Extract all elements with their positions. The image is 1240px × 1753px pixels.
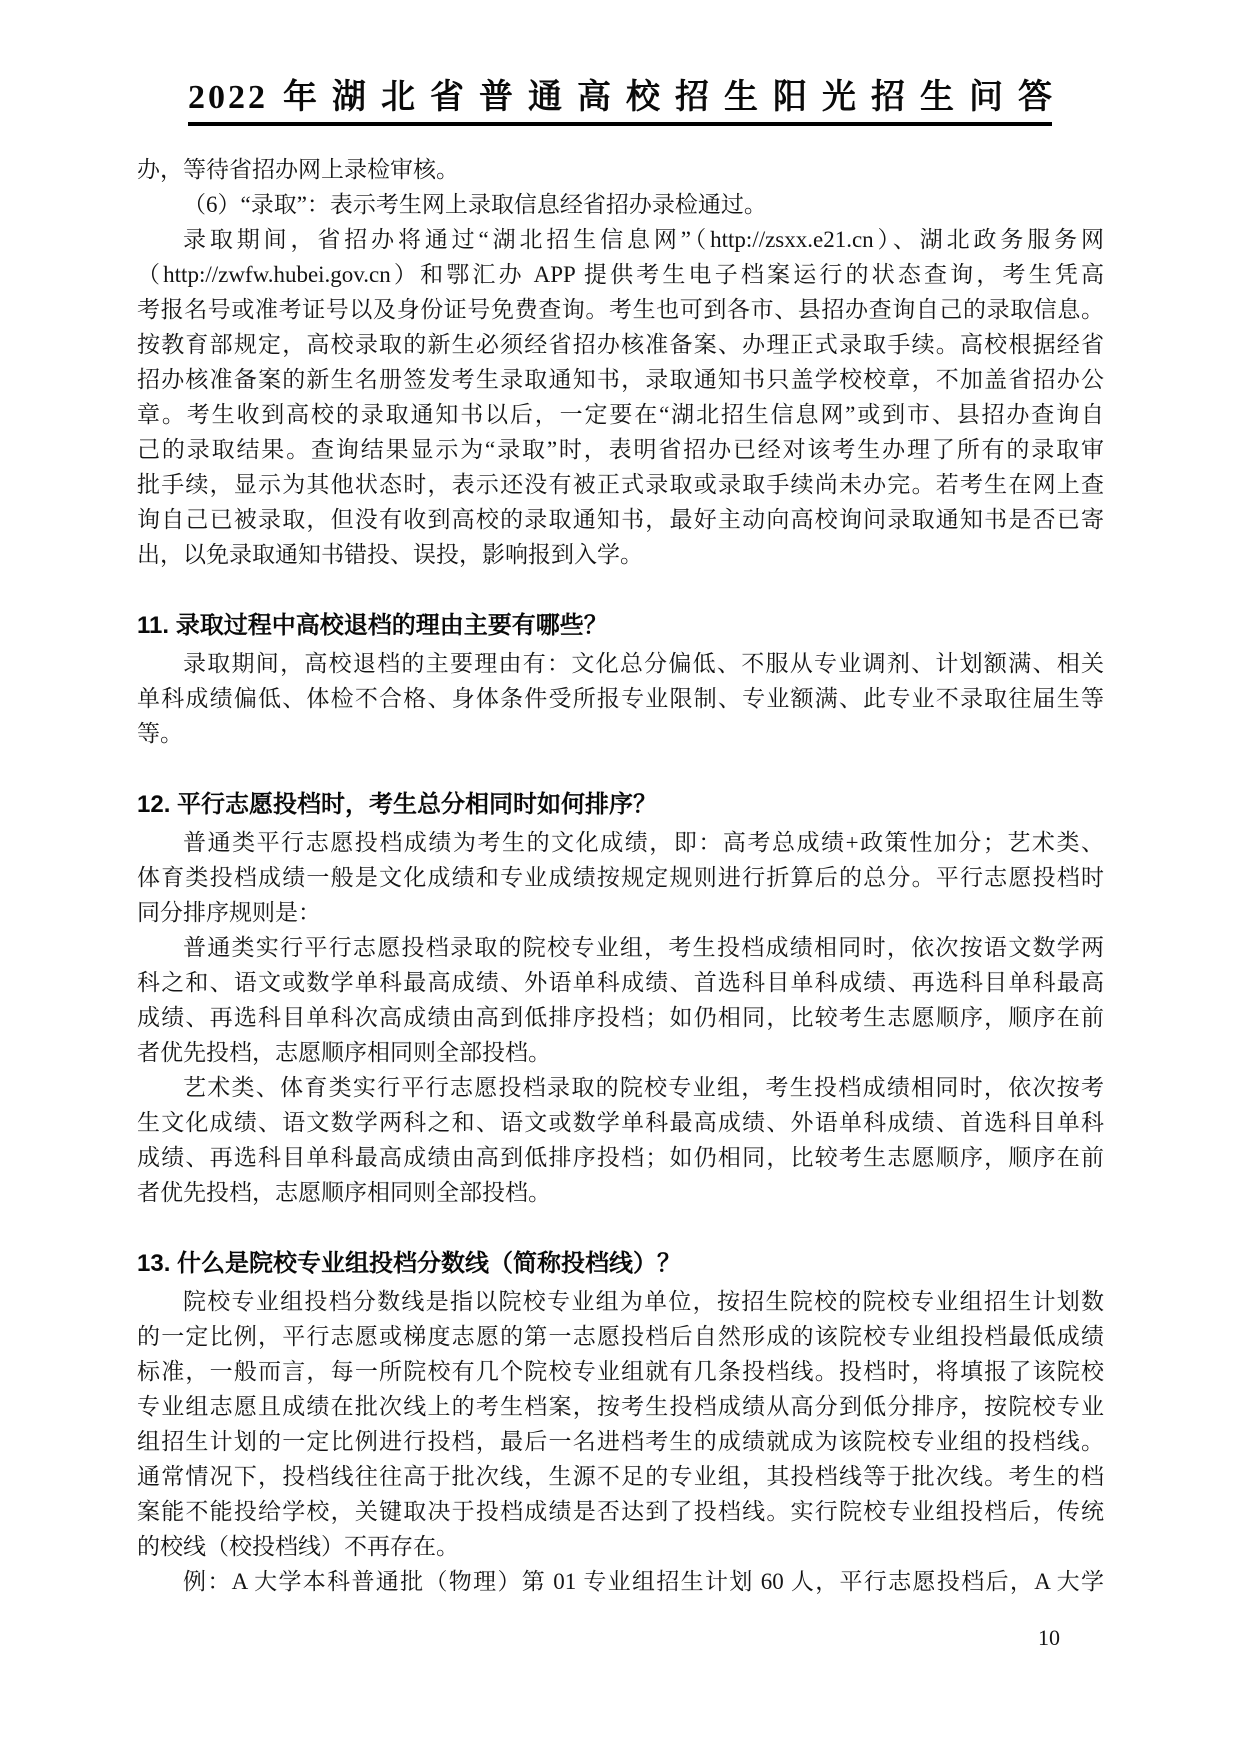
document-page: 2022年湖北省普通高校招生阳光招生问答 办，等待省招办网上录检审核。（6）“录… — [0, 0, 1240, 1753]
text-line: 录取期间，高校退档的主要理由有：文化总分偏低、不服从专业调剂、计划额满、相关 — [137, 646, 1104, 681]
text-line: 成绩、再选科目单科次高成绩由高到低排序投档；如仍相同，比较考生志愿顺序，顺序在前 — [137, 1000, 1104, 1035]
text-line: 专业组志愿且成绩在批次线上的考生档案，按考生投档成绩从高分到低分排序，按院校专业 — [137, 1389, 1104, 1424]
text-line: 组招生计划的一定比例进行投档，最后一名进档考生的成绩就成为该院校专业组的投档线。 — [137, 1424, 1104, 1459]
text-line: 生文化成绩、语文数学两科之和、语文或数学单科最高成绩、外语单科成绩、首选科目单科 — [137, 1105, 1104, 1140]
text-line: 艺术类、体育类实行平行志愿投档录取的院校专业组，考生投档成绩相同时，依次按考 — [137, 1070, 1104, 1105]
title-text: 年湖北省普通高校招生阳光招生问答 — [283, 79, 1067, 116]
text-line: 通常情况下，投档线往往高于批次线，生源不足的专业组，其投档线等于批次线。考生的档 — [137, 1459, 1104, 1494]
text-line: 者优先投档，志愿顺序相同则全部投档。 — [137, 1035, 1104, 1070]
section-heading: 12. 平行志愿投档时，考生总分相同时如何排序？ — [137, 787, 1104, 822]
text-line: 例：A 大学本科普通批（物理）第 01 专业组招生计划 60 人，平行志愿投档后… — [137, 1564, 1104, 1599]
text-line: 者优先投档，志愿顺序相同则全部投档。 — [137, 1175, 1104, 1210]
text-line: 案能不能投给学校，关键取决于投档成绩是否达到了投档线。实行院校专业组投档后，传统 — [137, 1494, 1104, 1529]
text-line: 询自己已被录取，但没有收到高校的录取通知书，最好主动向高校询问录取通知书是否已寄 — [137, 502, 1104, 537]
text-line: 院校专业组投档分数线是指以院校专业组为单位，按招生院校的院校专业组招生计划数 — [137, 1284, 1104, 1319]
section-heading: 11. 录取过程中高校退档的理由主要有哪些？ — [137, 608, 1104, 643]
title-year: 2022 — [188, 79, 268, 116]
text-line: 单科成绩偏低、体检不合格、身体条件受所报专业限制、专业额满、此专业不录取往届生等 — [137, 681, 1104, 716]
document-title: 2022年湖北省普通高校招生阳光招生问答 — [188, 78, 1052, 126]
text-line: 等。 — [137, 716, 1104, 751]
text-line: 批手续，显示为其他状态时，表示还没有被正式录取或录取手续尚未办完。若考生在网上查 — [137, 467, 1104, 502]
text-line: 科之和、语文或数学单科最高成绩、外语单科成绩、首选科目单科成绩、再选科目单科最高 — [137, 965, 1104, 1000]
text-line: 章。考生收到高校的录取通知书以后，一定要在“湖北招生信息网”或到市、县招办查询自 — [137, 397, 1104, 432]
text-line: 的一定比例，平行志愿或梯度志愿的第一志愿投档后自然形成的该院校专业组投档最低成绩 — [137, 1319, 1104, 1354]
text-line: 办，等待省招办网上录检审核。 — [137, 152, 1104, 187]
text-line: 普通类实行平行志愿投档录取的院校专业组，考生投档成绩相同时，依次按语文数学两 — [137, 930, 1104, 965]
text-line: 录取期间，省招办将通过“湖北招生信息网”（http://zsxx.e21.cn）… — [137, 222, 1104, 257]
text-line: 成绩、再选科目单科最高成绩由高到低排序投档；如仍相同，比较考生志愿顺序，顺序在前 — [137, 1140, 1104, 1175]
page-number: 10 — [1038, 1624, 1060, 1652]
text-line: （6）“录取”：表示考生网上录取信息经省招办录检通过。 — [137, 187, 1104, 222]
text-line: 同分排序规则是： — [137, 895, 1104, 930]
text-line: 考报名号或准考证号以及身份证号免费查询。考生也可到各市、县招办查询自己的录取信息… — [137, 292, 1104, 327]
text-line: （http://zwfw.hubei.gov.cn）和鄂汇办 APP 提供考生电… — [137, 257, 1104, 292]
document-body: 办，等待省招办网上录检审核。（6）“录取”：表示考生网上录取信息经省招办录检通过… — [137, 152, 1104, 1599]
text-line: 的校线（校投档线）不再存在。 — [137, 1529, 1104, 1564]
page-header: 2022年湖北省普通高校招生阳光招生问答 — [0, 0, 1240, 126]
text-line: 己的录取结果。查询结果显示为“录取”时，表明省招办已经对该考生办理了所有的录取审 — [137, 432, 1104, 467]
text-line: 出，以免录取通知书错投、误投，影响报到入学。 — [137, 537, 1104, 572]
text-line: 体育类投档成绩一般是文化成绩和专业成绩按规定规则进行折算后的总分。平行志愿投档时 — [137, 860, 1104, 895]
text-line: 按教育部规定，高校录取的新生必须经省招办核准备案、办理正式录取手续。高校根据经省 — [137, 327, 1104, 362]
text-line: 普通类平行志愿投档成绩为考生的文化成绩，即：高考总成绩+政策性加分；艺术类、 — [137, 825, 1104, 860]
text-line: 标准，一般而言，每一所院校有几个院校专业组就有几条投档线。投档时，将填报了该院校 — [137, 1354, 1104, 1389]
text-line: 招办核准备案的新生名册签发考生录取通知书，录取通知书只盖学校校章，不加盖省招办公 — [137, 362, 1104, 397]
section-heading: 13. 什么是院校专业组投档分数线（简称投档线）？ — [137, 1246, 1104, 1281]
